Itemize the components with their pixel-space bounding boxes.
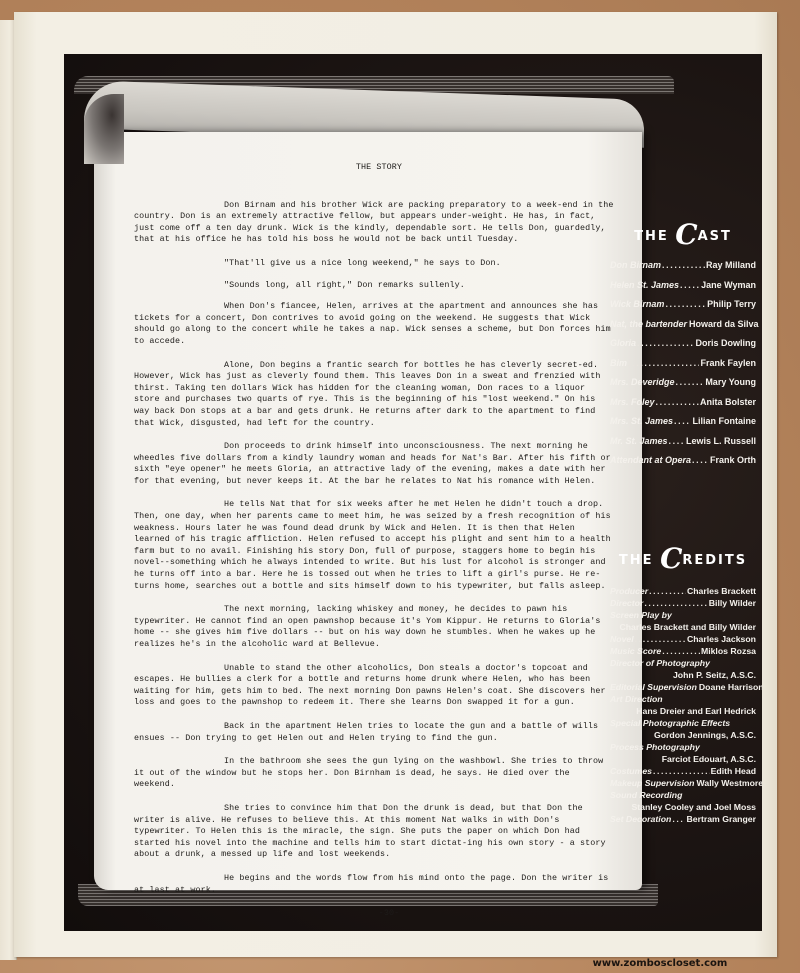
cast-role: Don Birnam: [610, 260, 661, 270]
credit-label: Sound Recording: [610, 790, 756, 802]
credit-name: Billy Wilder: [709, 598, 756, 608]
credit-name: Charles Jackson: [687, 634, 756, 644]
story-paragraph: He begins and the words flow from his mi…: [134, 873, 614, 896]
story-paragraph: Back in the apartment Helen tries to loc…: [134, 721, 614, 744]
leader-dots: [692, 455, 709, 465]
credit-label: Director: [610, 598, 643, 608]
cast-actor: Anita Bolster: [700, 397, 756, 407]
credit-row: ProducerCharles Brackett: [610, 586, 756, 598]
cast-actor: Frank Orth: [710, 455, 756, 465]
credit-name: John P. Seitz, A.S.C.: [610, 670, 756, 682]
credit-label: Music Score: [610, 646, 661, 656]
leader-dots: [649, 586, 686, 596]
leader-dots: [653, 766, 710, 776]
credit-label: Director of Photography: [610, 658, 756, 670]
credit-label: Makeup Supervision: [610, 778, 694, 788]
cast-role: Gloria: [610, 338, 636, 348]
cast-role: Helen St. James: [610, 280, 679, 290]
credit-label: Special Photographic Effects: [610, 718, 756, 730]
credit-name: Charles Brackett and Billy Wilder: [610, 622, 756, 634]
credit-name: Charles Brackett: [687, 586, 756, 596]
story-paragraph: "That'll give us a nice long weekend," h…: [134, 258, 614, 270]
credit-name: Farciot Edouart, A.S.C.: [610, 754, 756, 766]
credits-list: ProducerCharles BrackettDirectorBilly Wi…: [610, 586, 756, 826]
credit-name: Edith Head: [711, 766, 756, 776]
leader-dots: [669, 436, 685, 446]
watermark: www.zomboscloset.com: [530, 958, 790, 969]
credits-heading-rest: REDITS: [682, 553, 747, 568]
leader-dots: [680, 280, 700, 290]
leader-dots: [656, 397, 699, 407]
leader-dots: [628, 358, 699, 368]
cast-heading: THE CAST: [610, 218, 756, 251]
cast-heading-prefix: THE: [634, 229, 669, 244]
story-paragraph: Alone, Don begins a frantic search for b…: [134, 360, 614, 430]
cast-row: Helen St. JamesJane Wyman: [610, 280, 756, 300]
cast-role: Mr. St. James: [610, 436, 668, 446]
credit-label: Costumes: [610, 766, 652, 776]
cast-actor: Lilian Fontaine: [692, 416, 756, 426]
cast-list: Don BirnamRay MillandHelen St. JamesJane…: [610, 260, 756, 475]
cast-row: Mrs. St. JamesLilian Fontaine: [610, 416, 756, 436]
leader-dots: [635, 634, 686, 644]
story-scroll: THE STORY Don Birnam and his brother Wic…: [94, 132, 642, 890]
credit-name: Gordon Jennings, A.S.C.: [610, 730, 756, 742]
credit-label: Novel: [610, 634, 634, 644]
cast-row: Attendant at OperaFrank Orth: [610, 455, 756, 475]
credits-heading-initial: C: [660, 542, 682, 575]
cast-row: GloriaDoris Dowling: [610, 338, 756, 358]
credit-label: Set Decoration: [610, 814, 671, 824]
credit-name: Doane Harrison: [699, 682, 762, 692]
cast-actor: Frank Faylen: [700, 358, 756, 368]
story-paragraph: She tries to convince him that Don the d…: [134, 803, 614, 861]
credit-row: Makeup SupervisionWally Westmore: [610, 778, 756, 790]
story-title: THE STORY: [134, 162, 614, 174]
cast-row: Mrs. DeveridgeMary Young: [610, 377, 756, 397]
cast-row: Nat, the bartenderHoward da Silva: [610, 319, 756, 339]
story-paragraphs: Don Birnam and his brother Wick are pack…: [134, 200, 614, 897]
program-page: THE STORY Don Birnam and his brother Wic…: [14, 12, 777, 957]
cast-row: BimFrank Faylen: [610, 358, 756, 378]
leader-dots: [672, 814, 685, 824]
credits-heading-prefix: THE: [619, 553, 654, 568]
dark-panel: THE STORY Don Birnam and his brother Wic…: [64, 54, 762, 931]
credit-label: Editorial Supervision: [610, 682, 697, 692]
story-paragraph: He tells Nat that for six weeks after he…: [134, 499, 614, 592]
credit-name: Wally Westmore: [696, 778, 762, 788]
cast-role: Mrs. St. James: [610, 416, 673, 426]
page-number: -30-: [134, 908, 614, 920]
cast-role: Mrs. Foley: [610, 397, 655, 407]
scroll-curl-shadow: [84, 94, 124, 164]
story-text: THE STORY Don Birnam and his brother Wic…: [134, 162, 614, 920]
cast-heading-initial: C: [675, 218, 697, 251]
cast-row: Don BirnamRay Milland: [610, 260, 756, 280]
credit-name: Bertram Granger: [686, 814, 756, 824]
leader-dots: [644, 598, 707, 608]
leader-dots: [662, 260, 705, 270]
cast-actor: Lewis L. Russell: [686, 436, 756, 446]
story-paragraph: Don proceeds to drink himself into uncon…: [134, 441, 614, 487]
credit-name: Hans Dreier and Earl Hedrick: [610, 706, 756, 718]
cast-role: Nat, the bartender: [610, 319, 687, 329]
credit-row: DirectorBilly Wilder: [610, 598, 756, 610]
story-paragraph: Unable to stand the other alcoholics, Do…: [134, 663, 614, 709]
credit-row: NovelCharles Jackson: [610, 634, 756, 646]
credit-row: Editorial SupervisionDoane Harrison: [610, 682, 756, 694]
credit-label: Screen Play by: [610, 610, 756, 622]
credit-row: Set DecorationBertram Granger: [610, 814, 756, 826]
cast-row: Mr. St. JamesLewis L. Russell: [610, 436, 756, 456]
leader-dots: [662, 646, 700, 656]
cast-actor: Philip Terry: [707, 299, 756, 309]
cast-actor: Ray Milland: [706, 260, 756, 270]
cast-credits-column: THE CAST Don BirnamRay MillandHelen St. …: [610, 54, 756, 931]
cast-heading-rest: AST: [698, 229, 732, 244]
leader-dots: [676, 377, 705, 387]
cast-row: Wick BirnamPhilip Terry: [610, 299, 756, 319]
leader-dots: [665, 299, 706, 309]
cast-role: Attendant at Opera: [610, 455, 691, 465]
story-paragraph: In the bathroom she sees the gun lying o…: [134, 756, 614, 791]
cast-actor: Doris Dowling: [696, 338, 757, 348]
credit-label: Art Direction: [610, 694, 756, 706]
credit-name: Miklos Rozsa: [701, 646, 756, 656]
story-paragraph: Don Birnam and his brother Wick are pack…: [134, 200, 614, 246]
credit-label: Process Photography: [610, 742, 756, 754]
cast-actor: Jane Wyman: [701, 280, 756, 290]
credit-name: Stanley Cooley and Joel Moss: [610, 802, 756, 814]
credit-row: Music ScoreMiklos Rozsa: [610, 646, 756, 658]
cast-actor: Mary Young: [705, 377, 756, 387]
cast-role: Wick Birnam: [610, 299, 664, 309]
credits-heading: THE CREDITS: [610, 542, 756, 575]
cast-row: Mrs. FoleyAnita Bolster: [610, 397, 756, 417]
leader-dots: [674, 416, 691, 426]
cast-actor: Howard da Silva: [689, 319, 759, 329]
cast-role: Bim: [610, 358, 627, 368]
story-paragraph: The next morning, lacking whiskey and mo…: [134, 604, 614, 650]
credit-row: CostumesEdith Head: [610, 766, 756, 778]
leader-dots: [637, 338, 694, 348]
credit-label: Producer: [610, 586, 648, 596]
story-paragraph: "Sounds long, all right," Don remarks su…: [134, 280, 614, 292]
story-paragraph: When Don's fiancee, Helen, arrives at th…: [134, 301, 614, 347]
cast-role: Mrs. Deveridge: [610, 377, 675, 387]
